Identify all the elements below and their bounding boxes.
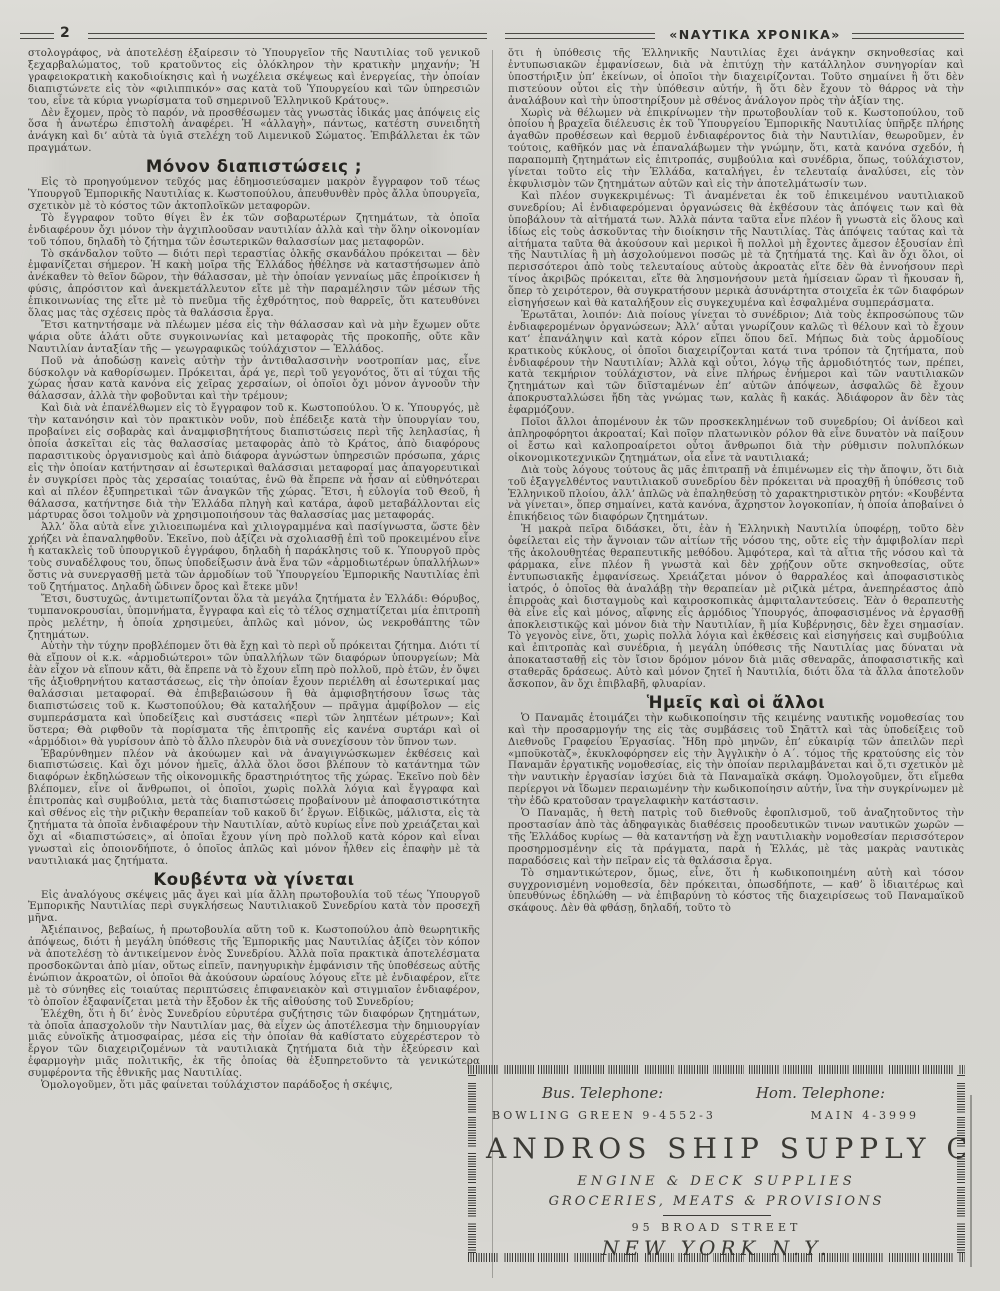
article-continuation-paragraphs: στολογράφος, νὰ ἀποτελέσῃ ἐξαίρεσιν τὸ Ὑ… — [28, 48, 480, 155]
paragraph: Χωρὶς νὰ θέλωμεν νὰ ἐπικρίνωμεν τὴν πρωτ… — [508, 108, 964, 191]
paragraph: Τὸ σκάνδαλον τοῦτο — διότι περὶ τεραστία… — [28, 249, 480, 320]
ad-street-address: 95 BROAD STREET — [486, 1221, 947, 1234]
ad-home-phone-number: MAIN 4-3999 — [811, 1109, 919, 1122]
header-rule-right-a — [505, 33, 655, 39]
paragraph: Ἐλέχθη, ὅτι ἡ δι’ ἑνὸς Συνεδρίου εὐρυτέρ… — [28, 1009, 480, 1080]
column-left: στολογράφος, νὰ ἀποτελέσῃ ἐξαίρεσιν τὸ Ὑ… — [28, 48, 480, 1280]
paragraph: Καὶ διὰ νὰ ἐπανέλθωμεν εἰς τὸ ἔγγραφον τ… — [28, 403, 480, 522]
ad-home-phone-label: Hom. Telephone: — [756, 1084, 885, 1102]
ad-border-left — [468, 1074, 476, 1253]
paragraph: Τὸ σημαντικώτερον, ὅμως, εἶνε, ὅτι ἡ κωδ… — [508, 868, 964, 916]
ad-company-name: ANDROS SHIP SUPPLY Co — [486, 1132, 947, 1165]
paragraph: Ἔτσι, δυστυχῶς, ἀντιμετωπίζονται ὅλα τὰ … — [28, 594, 480, 642]
paragraph: Ἀλλ’ ὅλα αὐτὰ εἶνε χιλιοειπωμένα καὶ χιλ… — [28, 522, 480, 593]
section2-paragraphs: Εἰς ἀναλόγους σκέψεις μᾶς ἄγει καὶ μία ἄ… — [28, 890, 480, 1092]
paragraph: Εἰς ἀναλόγους σκέψεις μᾶς ἄγει καὶ μία ἄ… — [28, 890, 480, 926]
article-lead-paragraphs: ὅτι ἡ ὑπόθεσις τῆς Ἑλληνικῆς Ναυτιλίας ἔ… — [508, 48, 964, 691]
section-heading-imeis-kai-oi-alloi: Ἡμεῖς καὶ οἱ ἄλλοι — [508, 697, 964, 709]
header-rule-right-b — [852, 33, 964, 39]
ad-city-address: NEW YORK N.Y. — [486, 1236, 947, 1260]
paragraph: Ποῦ νὰ ἀποδώσῃ κανεὶς αὐτὴν τὴν ἀντιθαλα… — [28, 356, 480, 404]
header-rule-left-long — [88, 33, 487, 39]
paragraph: Ποῖοι ἄλλοι ἀπομένουν ἐκ τῶν προσκεκλημέ… — [508, 417, 964, 465]
newspaper-page: 2 «ΝΑΥΤΙΚΑ ΧΡΟΝΙΚΑ» στολογράφος, νὰ ἀποτ… — [0, 0, 1000, 1291]
masthead-title: «ΝΑΥΤΙΚΑ ΧΡΟΝΙΚΑ» — [660, 27, 850, 42]
ad-content: Bus. Telephone: Hom. Telephone: BOWLING … — [476, 1074, 957, 1253]
paragraph: Ὁ Παναμᾶς, ἡ θετὴ πατρὶς τοῦ διεθνοῦς ἐφ… — [508, 808, 964, 868]
paragraph: Ἐβαρύνθημεν πλέον νὰ ἀκούωμεν καὶ νὰ ἀνα… — [28, 749, 480, 868]
paragraph: Διὰ τοὺς λόγους τούτους ἂς μᾶς ἐπιτραπῇ … — [508, 465, 964, 525]
paragraph: Τὸ ἔγγραφον τοῦτο θίγει ἓν ἐκ τῶν σοβαρω… — [28, 213, 480, 249]
paragraph: στολογράφος, νὰ ἀποτελέσῃ ἐξαίρεσιν τὸ Ὑ… — [28, 48, 480, 108]
header-rule-left-short — [20, 33, 54, 39]
paragraph: Ἔτσι κατηντήσαμε νὰ πλέωμεν μέσα εἰς τὴν… — [28, 320, 480, 356]
paragraph: Αὐτὴν τὴν τύχην προβλέπομεν ὅτι θὰ ἔχῃ κ… — [28, 641, 480, 748]
section3-paragraphs: Ὁ Παναμᾶς ἑτοιμάζει τὴν κωδικοποίησιν τῆ… — [508, 713, 964, 915]
scan-artifact-line — [970, 1095, 972, 1267]
ad-divider-rule — [663, 1215, 771, 1216]
paragraph: Δὲν ἔχομεν, πρὸς τὸ παρόν, νὰ προσθέσωμε… — [28, 108, 480, 156]
section1-paragraphs: Εἰς τὸ προηγούμενον τεῦχός μας ἐδημοσιεύ… — [28, 177, 480, 868]
paragraph: Ἀξιέπαινος, βεβαίως, ἡ πρωτοβουλία αὕτη … — [28, 925, 480, 1008]
page-number: 2 — [60, 25, 70, 41]
paragraph: Ἡ μακρὰ πεῖρα διδάσκει, ὅτι, ἐὰν ἡ Ἑλλην… — [508, 524, 964, 691]
paragraph: Ὁμολογοῦμεν, ὅτι μᾶς φαίνεται τούλάχιστο… — [28, 1080, 480, 1092]
column-right: ὅτι ἡ ὑπόθεσις τῆς Ἑλληνικῆς Ναυτιλίας ἔ… — [508, 48, 964, 1062]
paragraph: Ἐρωτᾶται, λοιπόν: Διὰ ποίους γίνεται τὸ … — [508, 310, 964, 417]
paragraph: Ὁ Παναμᾶς ἑτοιμάζει τὴν κωδικοποίησιν τῆ… — [508, 713, 964, 808]
paragraph: ὅτι ἡ ὑπόθεσις τῆς Ἑλληνικῆς Ναυτιλίας ἔ… — [508, 48, 964, 108]
paragraph: Καὶ πλέον συγκεκριμένως: Τὶ ἀναμένεται ἐ… — [508, 191, 964, 310]
ad-border-top — [468, 1065, 965, 1074]
ad-products-line2: GROCERIES, MEATS & PROVISIONS — [486, 1194, 947, 1209]
ad-business-phone-label: Bus. Telephone: — [542, 1084, 663, 1102]
paragraph: Εἰς τὸ προηγούμενον τεῦχός μας ἐδημοσιεύ… — [28, 177, 480, 213]
advertisement-andros-ship-supply: Bus. Telephone: Hom. Telephone: BOWLING … — [468, 1065, 965, 1262]
ad-products-line1: ENGINE & DECK SUPPLIES — [486, 1174, 947, 1189]
section-heading-monon-diapistoseis: Μόνον διαπιστώσεις ; — [28, 161, 480, 173]
section-heading-kouventa-na-ginetai: Κουβέντα νὰ γίνεται — [28, 874, 480, 886]
ad-business-phone-number: BOWLING GREEN 9-4552-3 — [492, 1109, 716, 1122]
